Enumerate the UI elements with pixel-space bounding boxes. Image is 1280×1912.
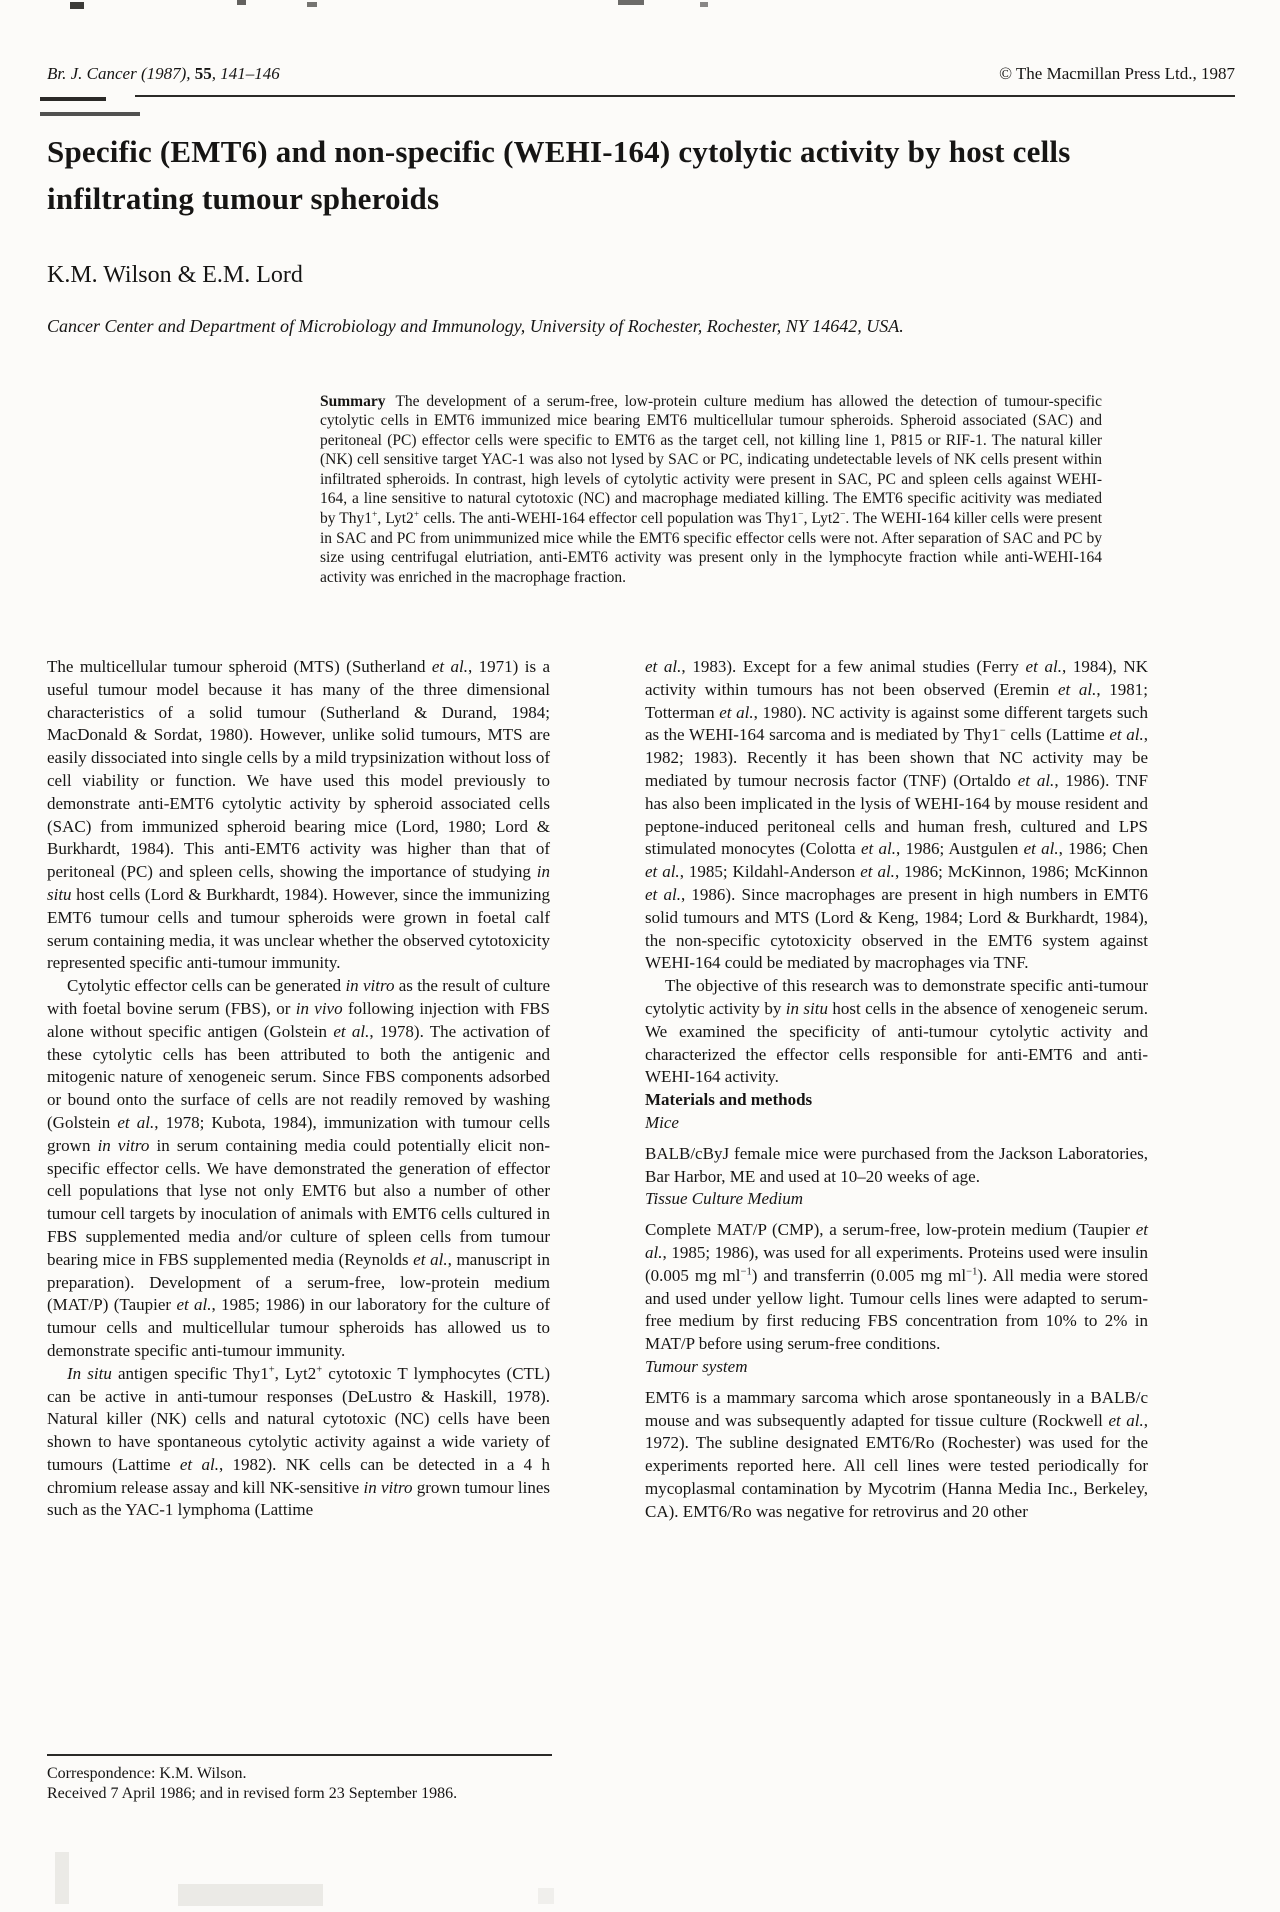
paragraph: EMT6 is a mammary sarcoma which arose sp… <box>645 1387 1148 1524</box>
footnote: Correspondence: K.M. Wilson. Received 7 … <box>47 1764 552 1804</box>
footnote-rule <box>47 1754 552 1756</box>
column-right: et al., 1983). Except for a few animal s… <box>645 656 1148 1523</box>
scan-artifact <box>178 1884 323 1906</box>
page-title: Specific (EMT6) and non-specific (WEHI-1… <box>47 128 1127 222</box>
scan-artifact <box>70 2 84 9</box>
header-rule-segment <box>40 97 106 101</box>
paragraph: BALB/cByJ female mice were purchased fro… <box>645 1143 1148 1189</box>
paragraph: et al., 1983). Except for a few animal s… <box>645 656 1148 975</box>
paragraph: The objective of this research was to de… <box>645 975 1148 1089</box>
journal-reference: Br. J. Cancer (1987), 55, 141–146 <box>47 64 280 84</box>
running-head: Br. J. Cancer (1987), 55, 141–146 © The … <box>47 64 1235 84</box>
subsection-heading-tumour-system: Tumour system <box>645 1356 1148 1379</box>
paragraph: The multicellular tumour spheroid (MTS) … <box>47 656 550 975</box>
paragraph: Cytolytic effector cells can be generate… <box>47 975 550 1363</box>
column-left: The multicellular tumour spheroid (MTS) … <box>47 656 550 1522</box>
abstract: SummaryThe development of a serum-free, … <box>320 392 1102 588</box>
journal-page: Br. J. Cancer (1987), 55, 141–146 © The … <box>0 0 1280 1912</box>
header-rule-segment <box>40 112 140 116</box>
abstract-label: Summary <box>320 393 385 410</box>
subsection-heading-tissue-culture-medium: Tissue Culture Medium <box>645 1188 1148 1211</box>
scan-artifact <box>538 1888 554 1904</box>
abstract-text: The development of a serum-free, low-pro… <box>320 393 1102 586</box>
section-heading-materials-and-methods: Materials and methods <box>645 1089 1148 1112</box>
scan-artifact <box>307 2 317 7</box>
header-rule <box>135 95 1235 97</box>
paragraph: In situ antigen specific Thy1+, Lyt2+ cy… <box>47 1363 550 1523</box>
scan-artifact <box>700 2 708 7</box>
affiliation: Cancer Center and Department of Microbio… <box>47 316 1187 337</box>
footnote-correspondence: Correspondence: K.M. Wilson. <box>47 1764 552 1784</box>
footnote-received: Received 7 April 1986; and in revised fo… <box>47 1784 552 1804</box>
scan-artifact <box>618 0 644 5</box>
authors: K.M. Wilson & E.M. Lord <box>47 262 303 289</box>
subsection-heading-mice: Mice <box>645 1112 1148 1135</box>
paragraph: Complete MAT/P (CMP), a serum-free, low-… <box>645 1219 1148 1356</box>
copyright-notice: © The Macmillan Press Ltd., 1987 <box>999 64 1235 84</box>
scan-artifact <box>55 1852 69 1904</box>
scan-artifact <box>237 0 246 5</box>
